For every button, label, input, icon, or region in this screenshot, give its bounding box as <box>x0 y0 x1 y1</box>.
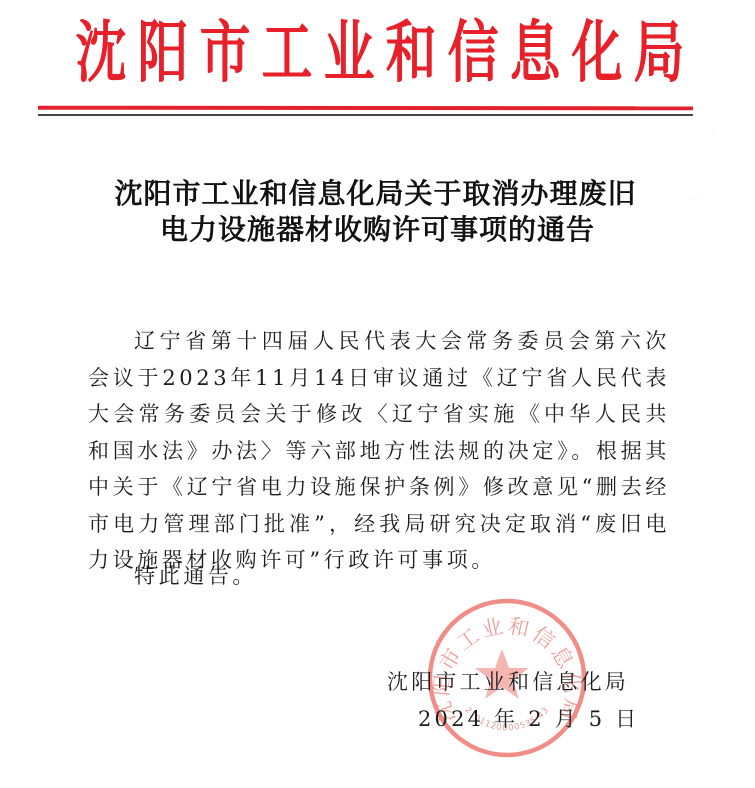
scan-artifact: · <box>712 130 714 137</box>
masthead-char: 局 <box>634 11 685 95</box>
document-title-line1: 沈阳市工业和信息化局关于取消办理废旧 <box>0 172 753 212</box>
scan-artifact: · · · <box>690 196 700 203</box>
masthead-char: 信 <box>448 11 499 95</box>
masthead-char: 化 <box>572 11 623 95</box>
signature-organization: 沈阳市工业和信息化局 <box>387 666 629 696</box>
masthead-char: 阳 <box>138 11 189 95</box>
masthead-org-name: 沈 阳 市 工 业 和 信 息 化 局 <box>70 14 670 92</box>
masthead-char: 息 <box>510 11 561 95</box>
masthead-char: 工 <box>262 11 313 95</box>
masthead-dark-rule <box>38 114 693 116</box>
closing-remark: 特此通告。 <box>134 560 257 590</box>
document-title-line2: 电力设施器材收购许可事项的通告 <box>0 208 755 248</box>
signature-date: 2024 年 2 月 5 日 <box>418 703 639 733</box>
masthead-red-rule <box>38 106 693 111</box>
body-paragraph: 辽宁省第十四届人民代表大会常务委员会第六次会议于2023年11月14日审议通过《… <box>88 323 670 579</box>
masthead-char: 市 <box>200 11 251 95</box>
document-body: 辽宁省第十四届人民代表大会常务委员会第六次会议于2023年11月14日审议通过《… <box>88 323 670 579</box>
masthead-char: 业 <box>324 11 375 95</box>
masthead-char: 和 <box>386 11 437 95</box>
masthead-char: 沈 <box>76 11 127 95</box>
